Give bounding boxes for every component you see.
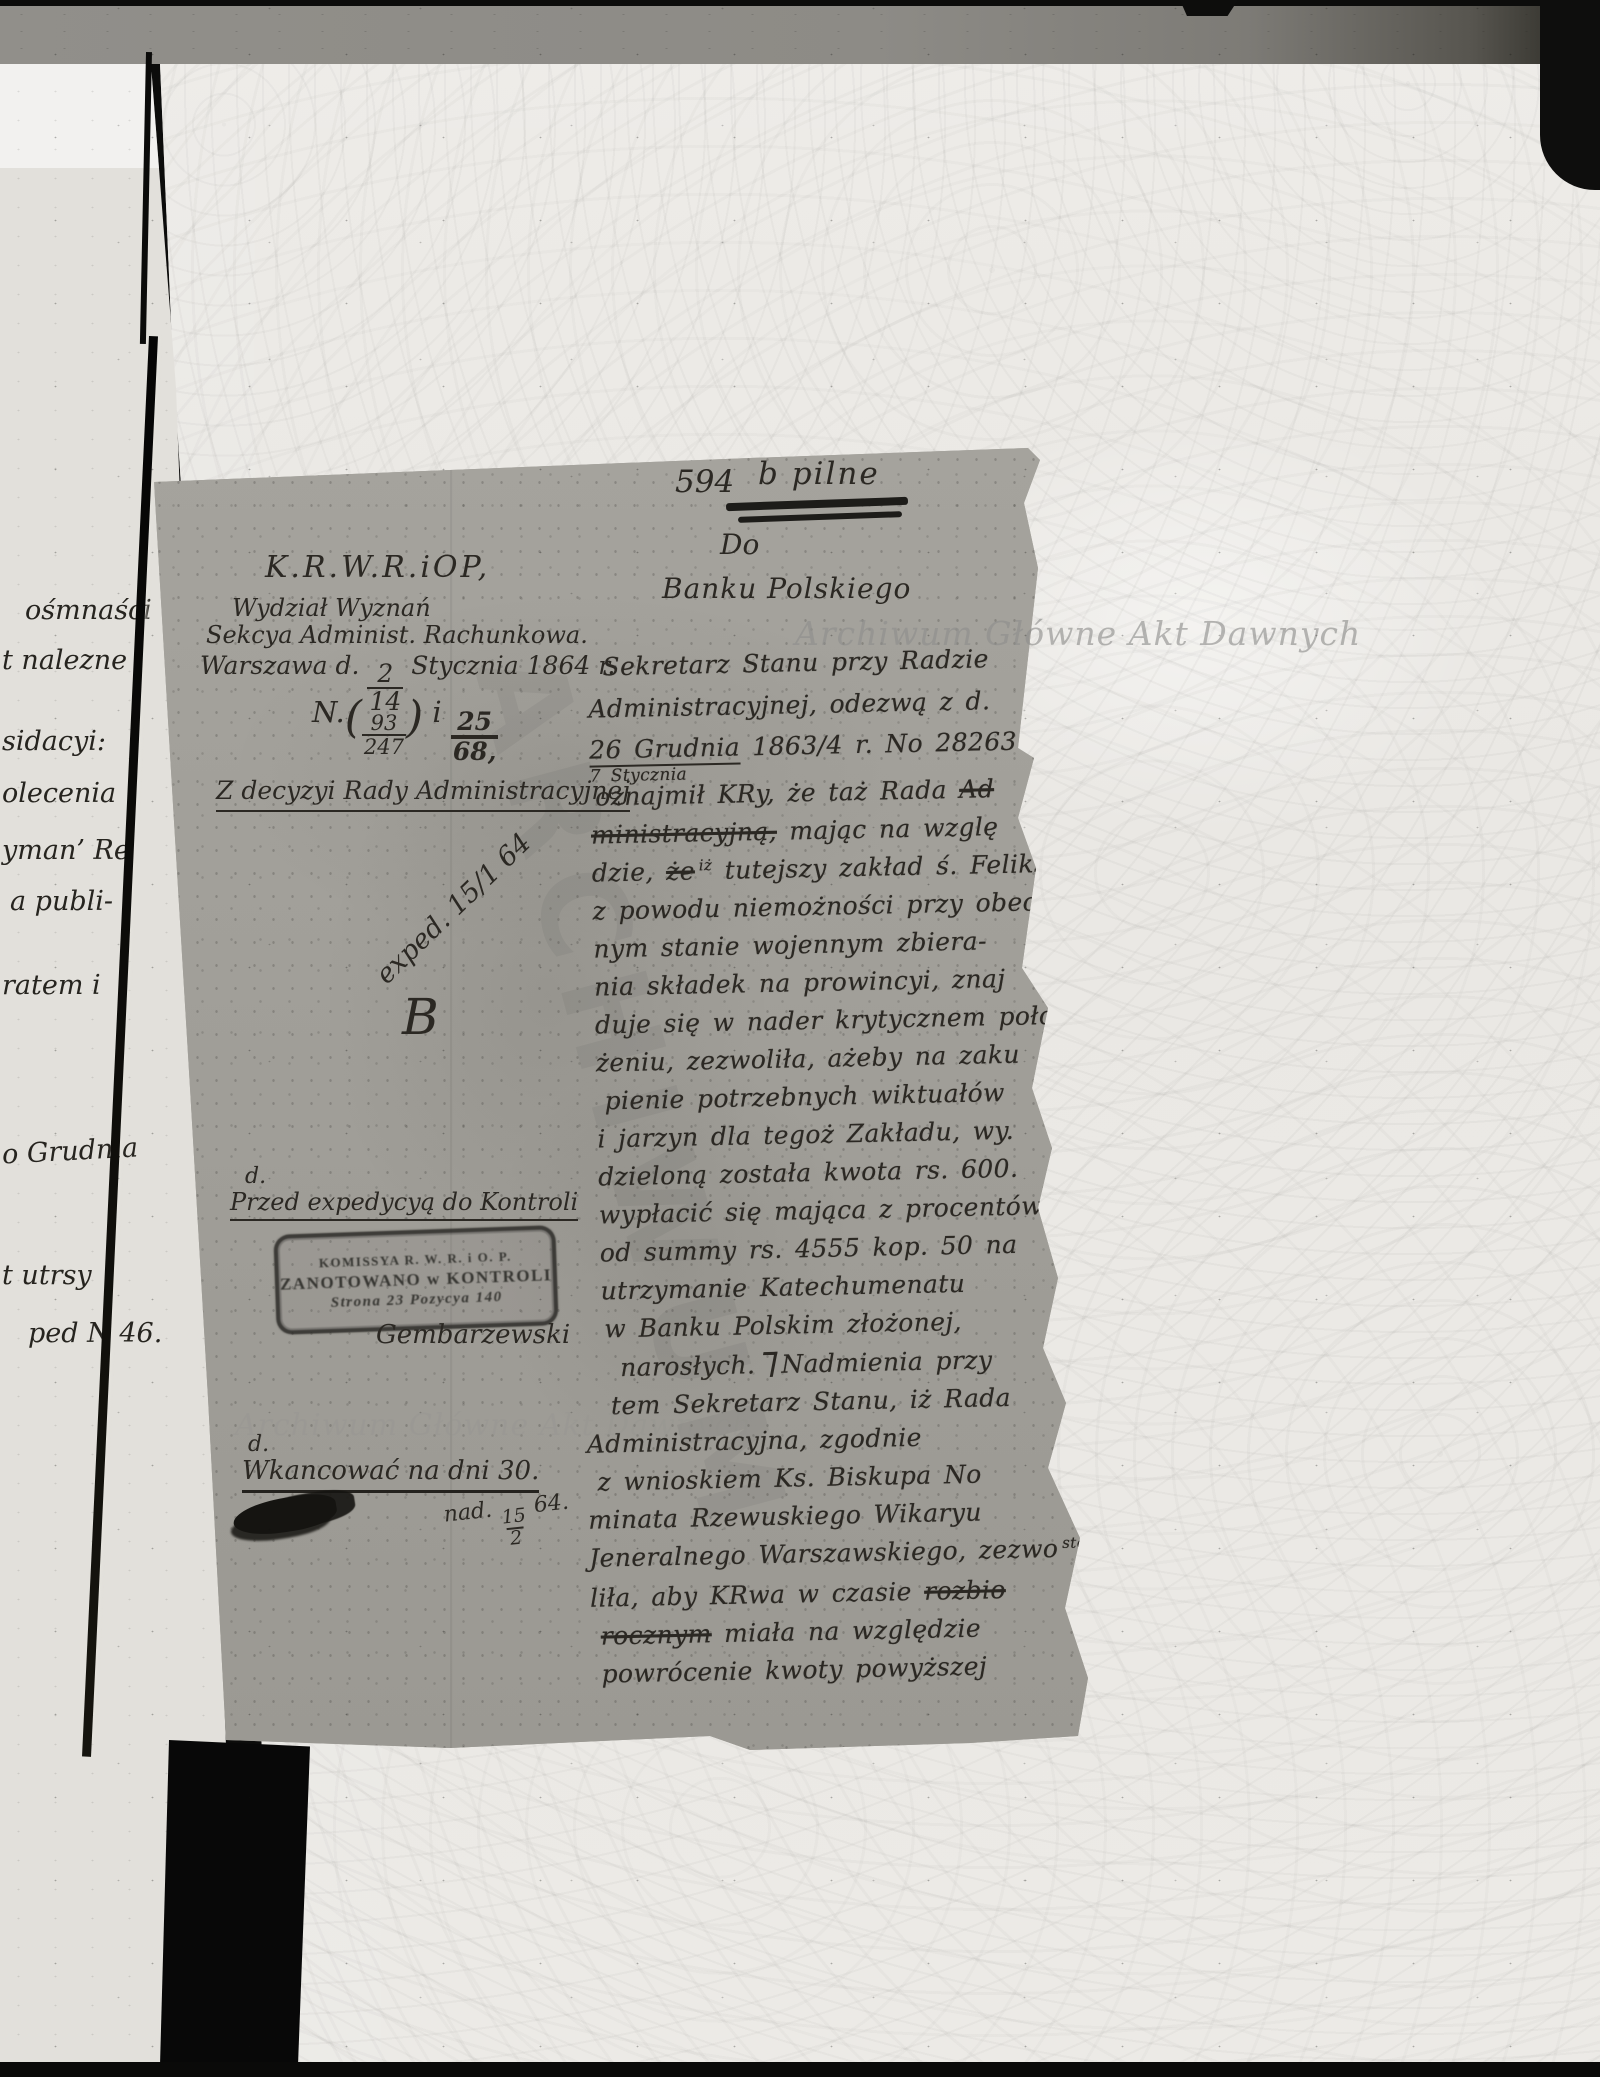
stamp-line-3: Strona 23 Pozycya 140 (330, 1288, 502, 1311)
body-line: rocznym miała na względzie (601, 1614, 982, 1651)
body-line: dzie, żeiż tutejszy zakład ś. Feliksa, (592, 849, 1072, 888)
body-line: powrócenie kwoty powyższej (601, 1651, 987, 1688)
body-line: Administracyjnej, odezwą z d. (588, 686, 990, 723)
signature: Gembarzewski (376, 1320, 570, 1350)
top-table-band (0, 6, 1600, 64)
section-line: Sekcya Administ. Rachunkowa. (206, 621, 588, 649)
fragment-line: t utrsy (2, 1260, 92, 1291)
registry-stamp: KOMISSYA R. W. R. i O. P. ZANOTOWANO w K… (273, 1225, 558, 1335)
address-recipient: Banku Polskiego (662, 572, 911, 605)
d-mark: d. (245, 1164, 266, 1189)
received-fraction: 152 (499, 1506, 531, 1551)
ref-fraction-1: 93247 (362, 712, 406, 758)
fragment-line: yman’ Re (2, 835, 130, 866)
org-abbreviation: K.R.W.R.iOP, (265, 550, 490, 585)
archive-watermark-faint: Archiwum Główne Akt Dawnych (235, 1408, 752, 1443)
fragment-line: ratem i (2, 970, 101, 1001)
ref-conjunction: i (432, 695, 441, 729)
body-line: ministracyjną, mając na wzglę (591, 812, 999, 850)
address-to: Do (720, 528, 759, 561)
fragment-line: a publi- (10, 886, 113, 917)
fragment-line: ośmnaści (25, 595, 152, 626)
bottom-photo-edge (0, 2062, 1600, 2077)
fragment-line: t nalezne (2, 645, 127, 676)
retention-note: Wkancować na dni 30. (242, 1456, 539, 1493)
fragment-line: sidacyi: (2, 726, 106, 757)
archive-watermark: Archiwum Główne Akt Dawnych (795, 614, 1361, 653)
department-line: Wydział Wyznań (232, 594, 431, 622)
fragment-line: olecenia (2, 778, 116, 809)
urgency-note: b pilne (758, 456, 880, 492)
body-line: liła, aby KRwa w czasie rozbio (590, 1575, 1006, 1613)
b-initial: B (402, 988, 439, 1046)
control-note: Przed expedycyą do Kontroli (230, 1188, 578, 1221)
body-line: z powodu niemożności przy obec (592, 887, 1037, 925)
fragment-line: ped N 46. (28, 1318, 162, 1349)
doc-number: 594 (675, 464, 734, 500)
body-line: Jeneralnego Warszawskiego, zezwostosowne… (589, 1532, 1156, 1573)
ref-label: N. (312, 695, 345, 729)
place-label: Warszawa d. (200, 651, 360, 680)
photo-corner (1540, 0, 1600, 190)
page-gap-shadow (160, 1740, 310, 2065)
